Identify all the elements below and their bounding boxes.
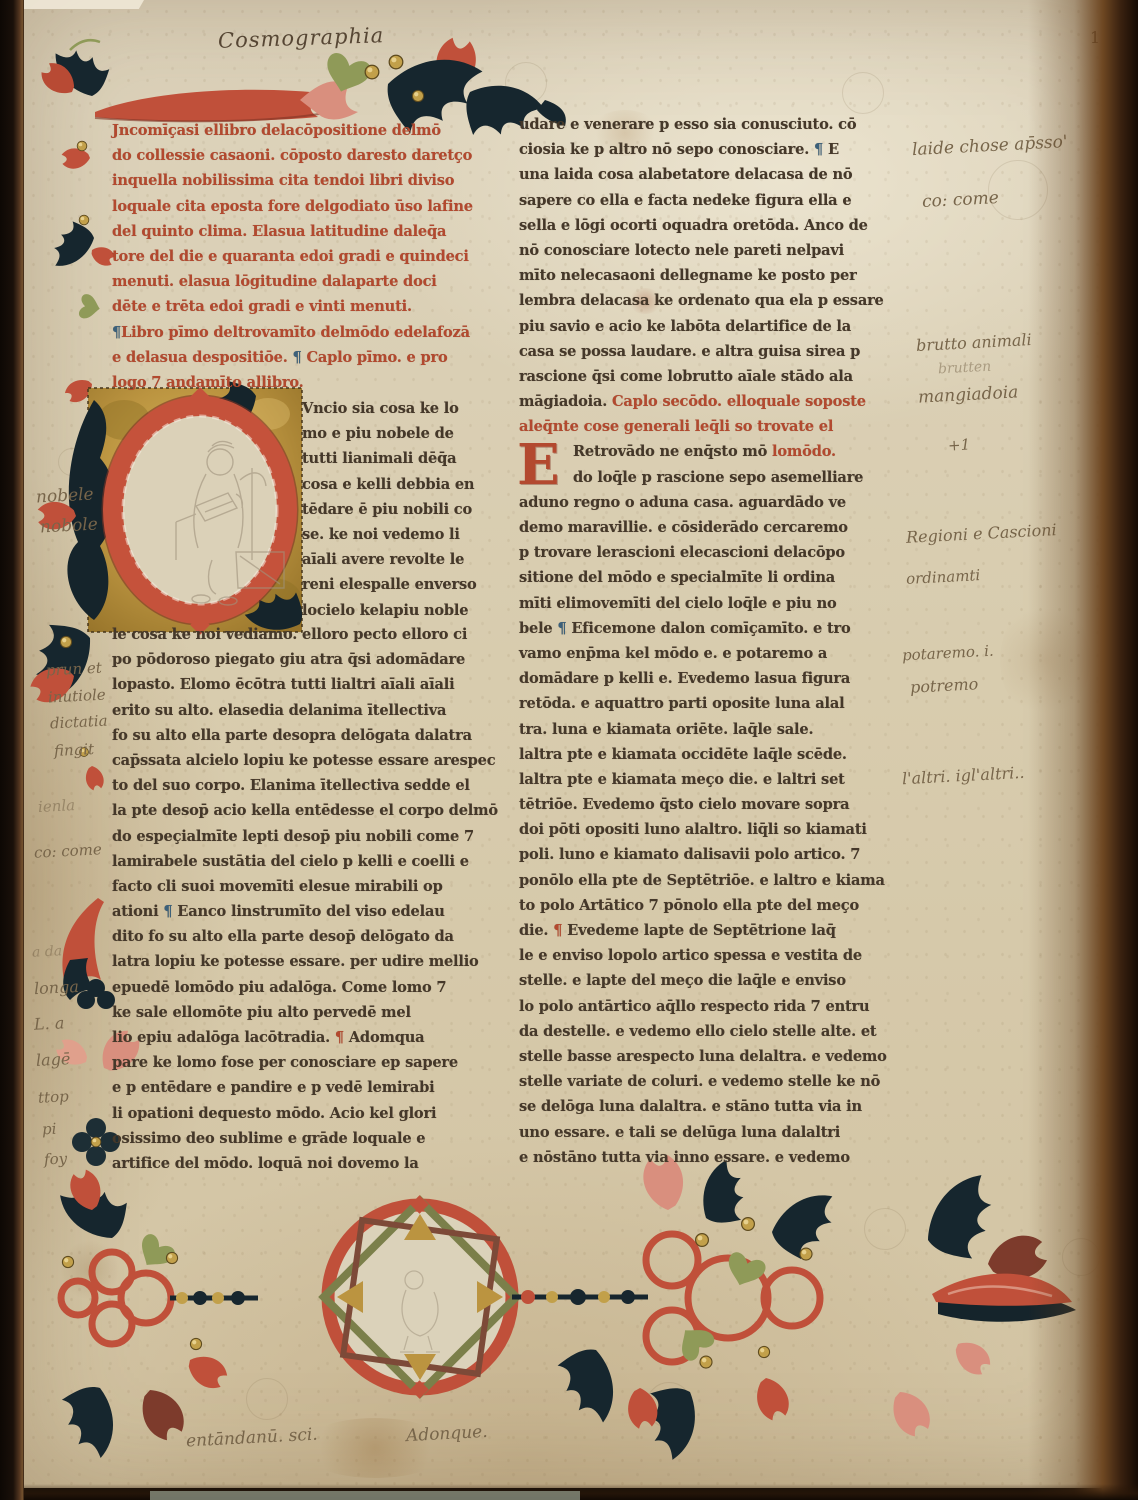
text-line: e delasua despositiōe. ¶ Caplo pīmo. e p… (112, 345, 484, 370)
table-edge-sliver (150, 1491, 580, 1500)
text-line: le e enviso lopolo artico spessa e vesti… (519, 943, 904, 968)
chapter-rubric-left: Jncomīçasi ellibro delacōpositione delmō… (112, 118, 484, 395)
text-line: del quinto clima. Elasua latitudine dale… (112, 219, 484, 244)
text-line: cosa e kelli debbia en (302, 472, 484, 497)
text-line: inquella nobilissima cita tendoi libri d… (112, 168, 484, 193)
page-edge-right (1028, 0, 1138, 1500)
text-line: sitione del mōdo e specialmīte li ordina (519, 565, 904, 590)
margin-annotation: fingit (54, 740, 95, 760)
blind-stamp (864, 1208, 906, 1250)
text-line: la pte desop̄ acio kella entēdesse el co… (112, 798, 484, 823)
text-line: lembra delacasa ke ordenato qua ela p es… (519, 288, 904, 313)
blind-stamp (842, 72, 884, 114)
text-line: piu savio e acio ke labōta delartifice d… (519, 314, 904, 339)
text-line: to polo Artātico 7 pōnolo ella pte del m… (519, 893, 904, 918)
text-line: stelle. e lapte del meço die laq̄le e en… (519, 968, 904, 993)
text-line: cap̄ssata alcielo lopiu ke potesse essar… (112, 748, 484, 773)
text-line: loquale cita eposta fore delgodiato ūso … (112, 194, 484, 219)
margin-annotation: pi (42, 1120, 57, 1139)
text-line: e nōstāno tutta via inno essare. e vedem… (519, 1145, 904, 1170)
text-line: mīti elimovemīti del cielo loq̄le e piu … (519, 591, 904, 616)
text-line: tētriōe. Evedemo q̄sto cielo movare sopr… (519, 792, 904, 817)
text-line: osissimo deo sublime e grāde loquale e (112, 1126, 484, 1151)
blind-stamp (646, 1382, 692, 1428)
initial-letter-e: E (517, 438, 567, 492)
text-line: laltra pte e kiamata occidēte laq̄le scē… (519, 742, 904, 767)
text-line: facto cli suoi movemīti elesue mirabili … (112, 874, 484, 899)
margin-annotation: co: come (922, 188, 1000, 212)
text-line: Jncomīçasi ellibro delacōpositione delmō (112, 118, 484, 143)
text-line: po pōdoroso piegato giu atra q̄si adomād… (112, 647, 484, 672)
margin-annotation: inutiole (48, 686, 107, 707)
text-line: e p entēdare e pandire e p vedē lemirabi (112, 1075, 484, 1100)
margin-annotation: prun et (46, 659, 103, 680)
text-line: li opationi dequesto mōdo. Acio kel glor… (112, 1101, 484, 1126)
text-line: ke sale ellomōte piu alto pervedē mel (112, 1000, 484, 1025)
margin-annotation: nobole (40, 515, 99, 538)
facing-page-edge (19, 0, 144, 9)
text-line: udare e venerare p esso sia conusciuto. … (519, 112, 904, 137)
text-line: Vncio sia cosa ke lo (302, 396, 484, 421)
text-line: mīto nelecasaoni dellegname ke posto per (519, 263, 904, 288)
text-line: menuti. elasua lōgitudine dalaparte doci (112, 269, 484, 294)
text-line: do collessie casaoni. cōposto daresto da… (112, 143, 484, 168)
margin-annotation: +1 (948, 435, 971, 454)
text-line: lio epiu adalōga lacōtradia. ¶ Adomqua (112, 1025, 484, 1050)
text-line: se delōga luna dalaltra. e stāno tutta v… (519, 1094, 904, 1119)
text-line: erito su alto. elasedia delanima ītellec… (112, 698, 484, 723)
text-line: epuedē lomōdo piu adalōga. Come lomo 7 (112, 975, 484, 1000)
text-line: aīali avere revolte le (302, 547, 484, 572)
text-column-left: le cosa ke noi vediamo. elloro pecto ell… (112, 622, 484, 1176)
text-line: ¶Libro pīmo deltrovamīto delmōdo edelafo… (112, 320, 484, 345)
text-line: ponōlo ella pte de Septētriōe. e laltro … (519, 868, 904, 893)
text-line: se. ke noi vedemo li (302, 522, 484, 547)
text-line: dēte e trēta edoi gradi e vinti menuti. (112, 294, 484, 319)
text-line: nō conosciare lotecto nele pareti nelpav… (519, 238, 904, 263)
text-line: le cosa ke noi vediamo. elloro pecto ell… (112, 622, 484, 647)
text-line: lo polo antārtico aq̄llo respecto rida 7… (519, 994, 904, 1019)
text-line: die. ¶ Evedeme lapte de Septētrione laq̄ (519, 918, 904, 943)
text-line: p trovare lerascioni elecascioni delacōp… (519, 540, 904, 565)
text-line: tēdare ē piu nobili co (302, 497, 484, 522)
text-line: sapere co ella e facta nedeke figura ell… (519, 188, 904, 213)
text-line: pare ke lomo fose per conosciare ep sape… (112, 1050, 484, 1075)
text-line: sella e lōgi ocorti oquadra oretōda. Anc… (519, 213, 904, 238)
text-line: aduno regno o aduna casa. aguardādo ve (519, 490, 904, 515)
text-line: lopasto. Elomo ēcōtra tutti lialtri aīal… (112, 672, 484, 697)
text-line: reni elespalle enverso (302, 572, 484, 597)
text-column-right: udare e venerare p esso sia conusciuto. … (519, 112, 904, 1170)
text-line: mo e piu nobele de (302, 421, 484, 446)
text-line: tore del die e quaranta edoi gradi e qui… (112, 244, 484, 269)
margin-annotation: nobele (36, 485, 95, 508)
text-line: Retrovādo ne enq̄sto mō lomōdo. (519, 439, 904, 464)
text-line: rascione q̄si come lobrutto aīale stādo … (519, 364, 904, 389)
margin-annotation: brutten (938, 359, 992, 378)
text-line: aleq̄nte cose generali leq̄li so trovate… (519, 414, 904, 439)
margin-annotation: a da (32, 943, 63, 961)
text-line: artifice del mōdo. loquā noi dovemo la (112, 1151, 484, 1176)
text-line: dito fo su alto ella parte desop̄ delōga… (112, 924, 484, 949)
text-line: uno essare. e tali se delūga luna dalalt… (519, 1120, 904, 1145)
margin-annotation: ienla (38, 796, 76, 816)
text-line: da destelle. e vedemo ello cielo stelle … (519, 1019, 904, 1044)
text-line: to del suo corpo. Elanima ītellectiva se… (112, 773, 484, 798)
manuscript-scan: Cosmographia 1 Jncomīçasi ellibro delacō… (0, 0, 1138, 1500)
text-line: retōda. e aquattro parti oposite luna al… (519, 691, 904, 716)
blind-stamp (58, 448, 86, 476)
margin-annotation: lagē (36, 1049, 71, 1070)
text-line: casa se possa laudare. e altra guisa sir… (519, 339, 904, 364)
text-line: poli. luno e kiamato dalisavii polo arti… (519, 842, 904, 867)
text-line: domādare p kelli e. Evedemo lasua figura (519, 666, 904, 691)
margin-annotation: ttop (38, 1087, 70, 1107)
binding-edge-left (0, 0, 24, 1500)
text-beside-initial: Vncio sia cosa ke lomo e piu nobele detu… (302, 396, 484, 623)
text-line: locielo kelapiu noble (302, 598, 484, 623)
blind-stamp (505, 62, 547, 104)
text-line: māgiadoia. Caplo secōdo. elloquale sopos… (519, 389, 904, 414)
margin-annotation: dictatia (50, 712, 108, 733)
text-line: doi pōti opositi luno alaltro. liq̄li so… (519, 817, 904, 842)
text-line: tra. luna e kiamata oriēte. laq̄le sale. (519, 717, 904, 742)
text-line: do loq̄le p rascione sepo asemelliare (519, 465, 904, 490)
text-line: fo su alto ella parte desopra delōgata d… (112, 723, 484, 748)
text-line: stelle variate de coluri. e vedemo stell… (519, 1069, 904, 1094)
text-line: demo maravillie. e cōsiderādo cercaremo (519, 515, 904, 540)
text-line: latra lopiu ke potesse essare. per udire… (112, 949, 484, 974)
margin-annotation: longa (34, 977, 80, 998)
text-line: ciosia ke p altro nō sepo conosciare. ¶ … (519, 137, 904, 162)
blind-stamp (246, 1378, 288, 1420)
margin-annotation: Adonque. (406, 1422, 489, 1446)
text-line: vamo enp̄ma kel mōdo e. e potaremo a (519, 641, 904, 666)
text-line: tutti lianimali dēq̄a (302, 446, 484, 471)
text-line: stelle basse arespecto luna delaltra. e … (519, 1044, 904, 1069)
text-line: una laida cosa alabetatore delacasa de n… (519, 162, 904, 187)
text-line: do espeçialmīte lepti desop̄ piu nobili … (112, 824, 484, 849)
text-line: laltra pte e kiamata meço die. e laltri … (519, 767, 904, 792)
margin-annotation: L. a (34, 1013, 65, 1034)
text-line: ationi ¶ Eanco linstrumīto del viso edel… (112, 899, 484, 924)
margin-annotation: foy (44, 1149, 68, 1168)
text-line: bele ¶ Eficemone dalon comīçamīto. e tro (519, 616, 904, 641)
margin-annotation: potremo (910, 674, 979, 697)
text-line: lamirabele sustātia del cielo p kelli e … (112, 849, 484, 874)
text-line: logo 7 andamīto allibro. (112, 370, 484, 395)
margin-annotation: co: come (34, 840, 103, 862)
